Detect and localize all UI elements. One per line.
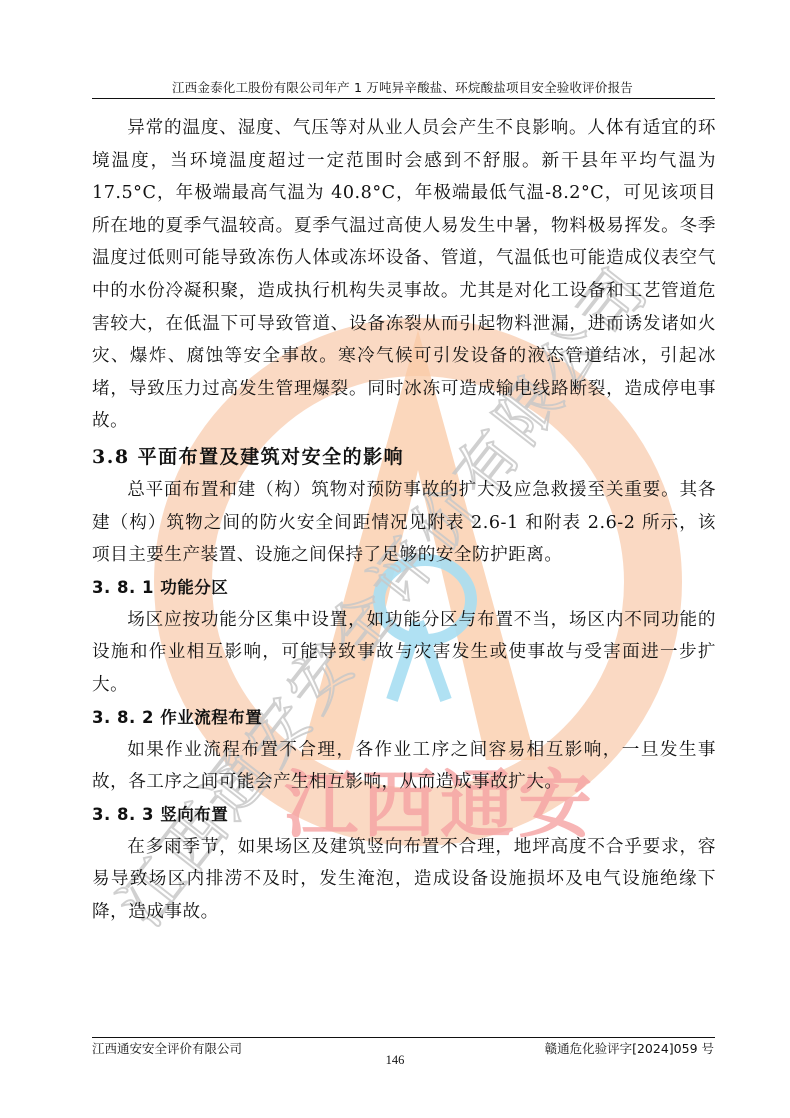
page-number: 146 xyxy=(0,1053,790,1068)
section-3-8-2-paragraph: 如果作业流程布置不合理，各作业工序之间容易相互影响，一旦发生事故，各工序之间可能… xyxy=(92,734,716,799)
document-page: 江西通安 江西通安安全评价有限公司 江西金泰化工股份有限公司年产 1 万吨异辛酸… xyxy=(0,0,790,1118)
intro-paragraph: 异常的温度、湿度、气压等对从业人员会产生不良影响。人体有适宜的环境温度，当环境温… xyxy=(92,112,716,438)
section-heading-3-8-1: 3. 8. 1 功能分区 xyxy=(92,572,716,604)
document-header-title: 江西金泰化工股份有限公司年产 1 万吨异辛酸盐、环烷酸盐项目安全验收评价报告 xyxy=(90,78,715,96)
footer-divider xyxy=(92,1037,715,1038)
section-heading-3-8: 3.8 平面布置及建筑对安全的影响 xyxy=(92,440,716,474)
section-3-8-3-paragraph: 在多雨季节，如果场区及建筑竖向布置不合理，地坪高度不合乎要求，容易导致场区内排涝… xyxy=(92,831,716,929)
section-heading-3-8-2: 3. 8. 2 作业流程布置 xyxy=(92,702,716,734)
document-body: 异常的温度、湿度、气压等对从业人员会产生不良影响。人体有适宜的环境温度，当环境温… xyxy=(92,112,716,928)
section-3-8-1-paragraph: 场区应按功能分区集中设置，如功能分区与布置不当，场区内不同功能的设施和作业相互影… xyxy=(92,604,716,702)
section-heading-3-8-3: 3. 8. 3 竖向布置 xyxy=(92,799,716,831)
section-3-8-paragraph: 总平面布置和建（构）筑物对预防事故的扩大及应急救援至关重要。其各建（构）筑物之间… xyxy=(92,474,716,572)
header-divider xyxy=(92,98,715,99)
